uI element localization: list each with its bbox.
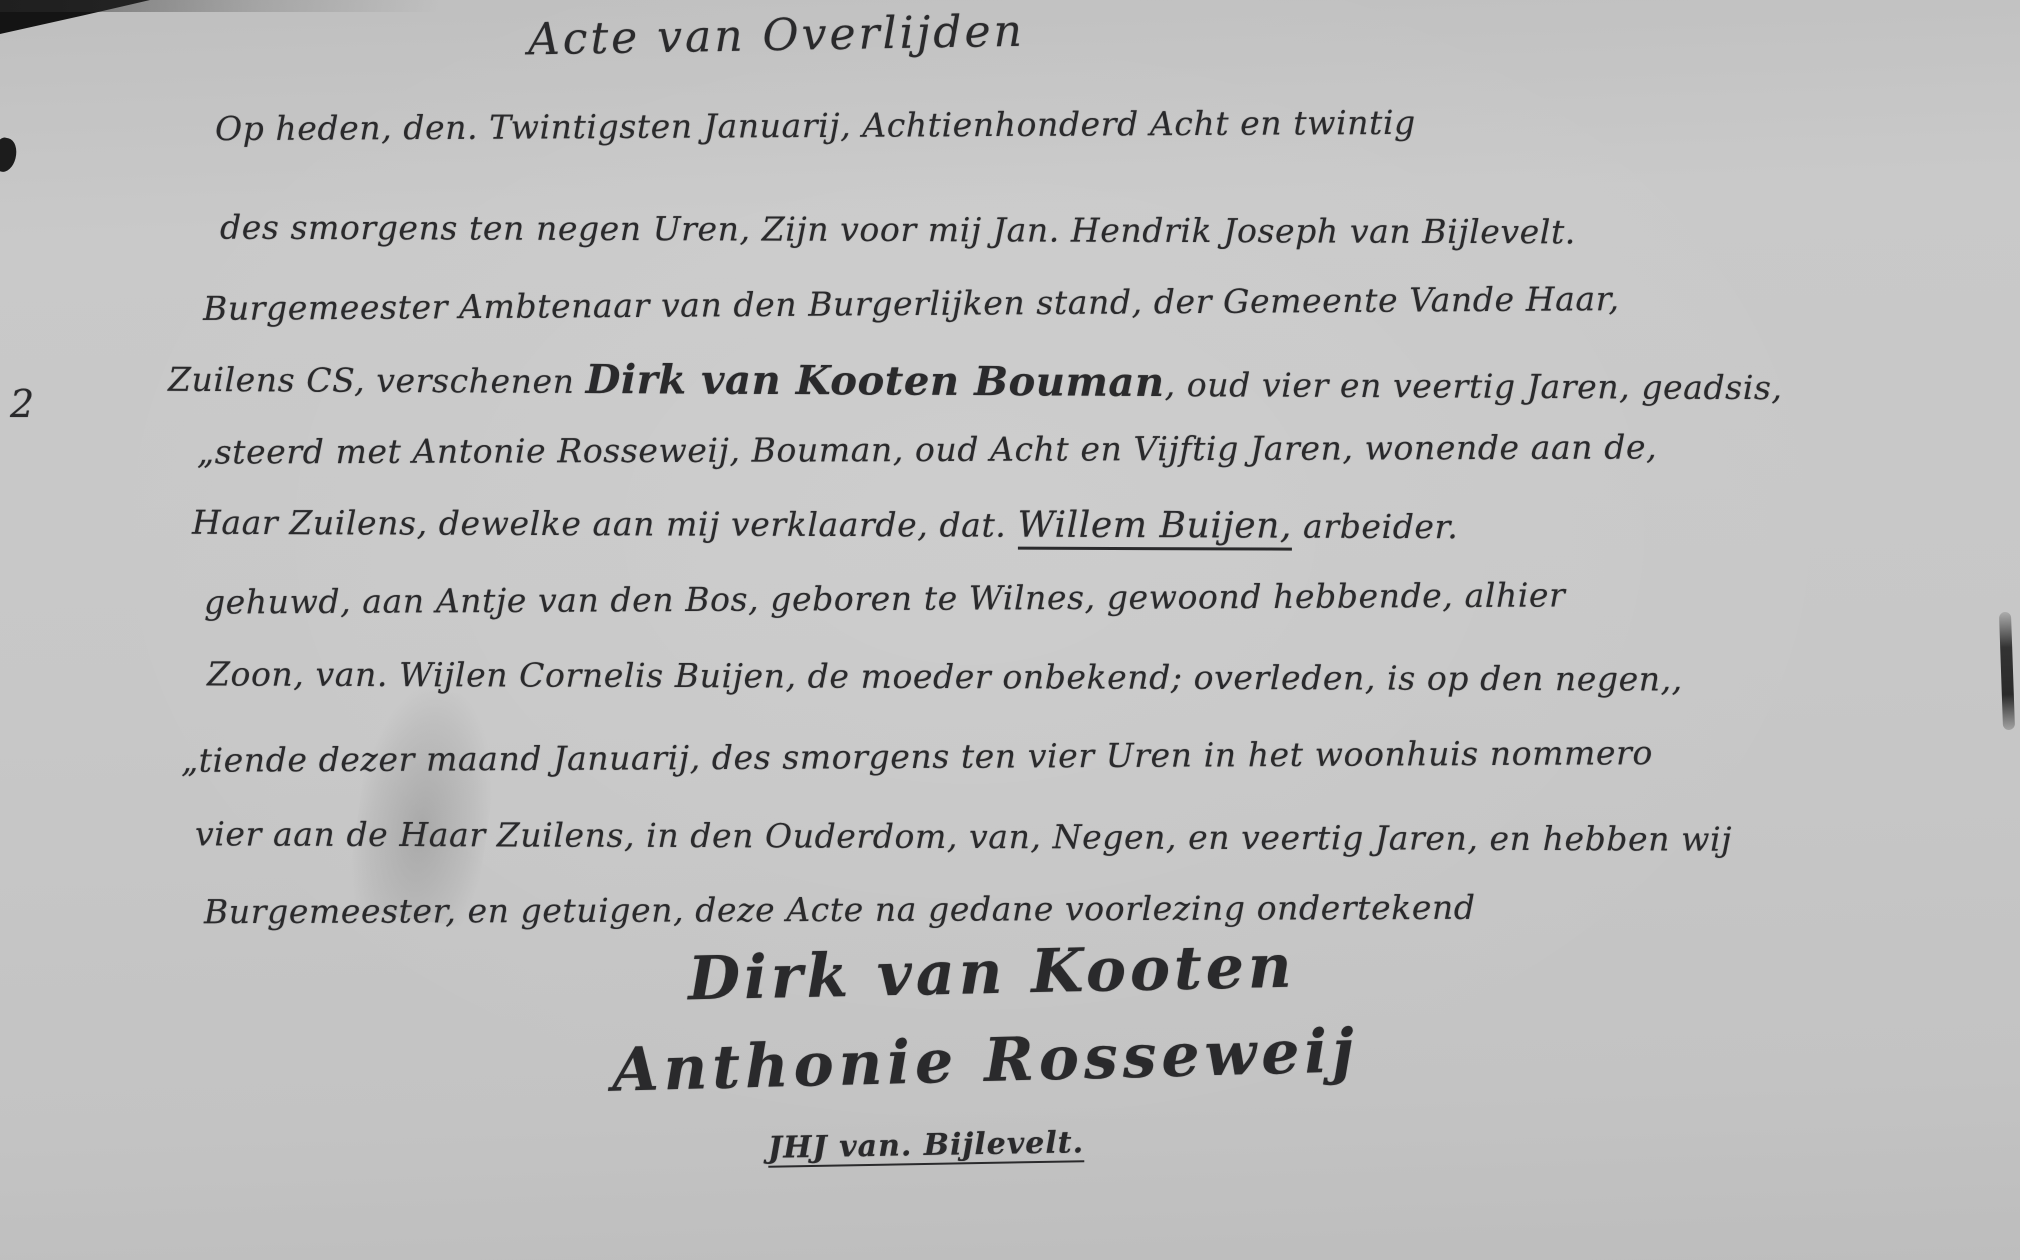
record-text-line: Zoon, van. Wijlen Cornelis Buijen, de mo… bbox=[207, 654, 1683, 698]
record-text-line: Zuilens CS, verschenen Dirk van Kooten B… bbox=[168, 354, 1783, 409]
scan-edge-shadow bbox=[0, 0, 440, 12]
record-text-line: Haar Zuilens, dewelke aan mij verklaarde… bbox=[192, 502, 1459, 547]
line6-post: arbeider. bbox=[1292, 507, 1459, 547]
record-text-line: „tiende dezer maand Januarij, des smorge… bbox=[181, 733, 1653, 780]
scan-edge-artifact bbox=[0, 136, 20, 174]
record-text-line: Burgemeester, en getuigen, deze Acte na … bbox=[204, 888, 1476, 931]
record-text-line: Burgemeester Ambtenaar van den Burgerlij… bbox=[203, 279, 1620, 328]
scanned-document-page: 2 Acte van Overlijden Op heden, den. Twi… bbox=[0, 0, 2020, 1260]
document-title: Acte van Overlijden bbox=[528, 6, 1026, 66]
record-text-line: gehuwd, aan Antje van den Bos, geboren t… bbox=[204, 575, 1566, 621]
record-text-line: vier aan de Haar Zuilens, in den Ouderdo… bbox=[195, 814, 1732, 858]
record-text-line: Op heden, den. Twintigsten Januarij, Ach… bbox=[215, 103, 1416, 148]
line4-pre: Zuilens CS, verschenen bbox=[168, 360, 586, 401]
deceased-name-underlined: Willem Buijen, bbox=[1017, 505, 1292, 551]
line4-post: , oud vier en veertig Jaren, geadsis, bbox=[1165, 365, 1783, 407]
signature-anthonie-rosseweij: Anthonie Rosseweij bbox=[611, 1016, 1360, 1106]
scan-right-edge-mark bbox=[1999, 612, 2015, 730]
line6-pre: Haar Zuilens, dewelke aan mij verklaarde… bbox=[192, 503, 1018, 545]
margin-act-number: 2 bbox=[10, 382, 34, 426]
declarant-name: Dirk van Kooten Bouman bbox=[586, 356, 1165, 406]
record-text-line: „steerd met Antonie Rosseweij, Bouman, o… bbox=[197, 427, 1657, 471]
record-text-line: des smorgens ten negen Uren, Zijn voor m… bbox=[220, 208, 1576, 252]
signature-jhj-van-bijlevelt: JHJ van. Bijlevelt. bbox=[768, 1125, 1085, 1168]
signature-dirk-van-kooten: Dirk van Kooten bbox=[687, 932, 1296, 1015]
